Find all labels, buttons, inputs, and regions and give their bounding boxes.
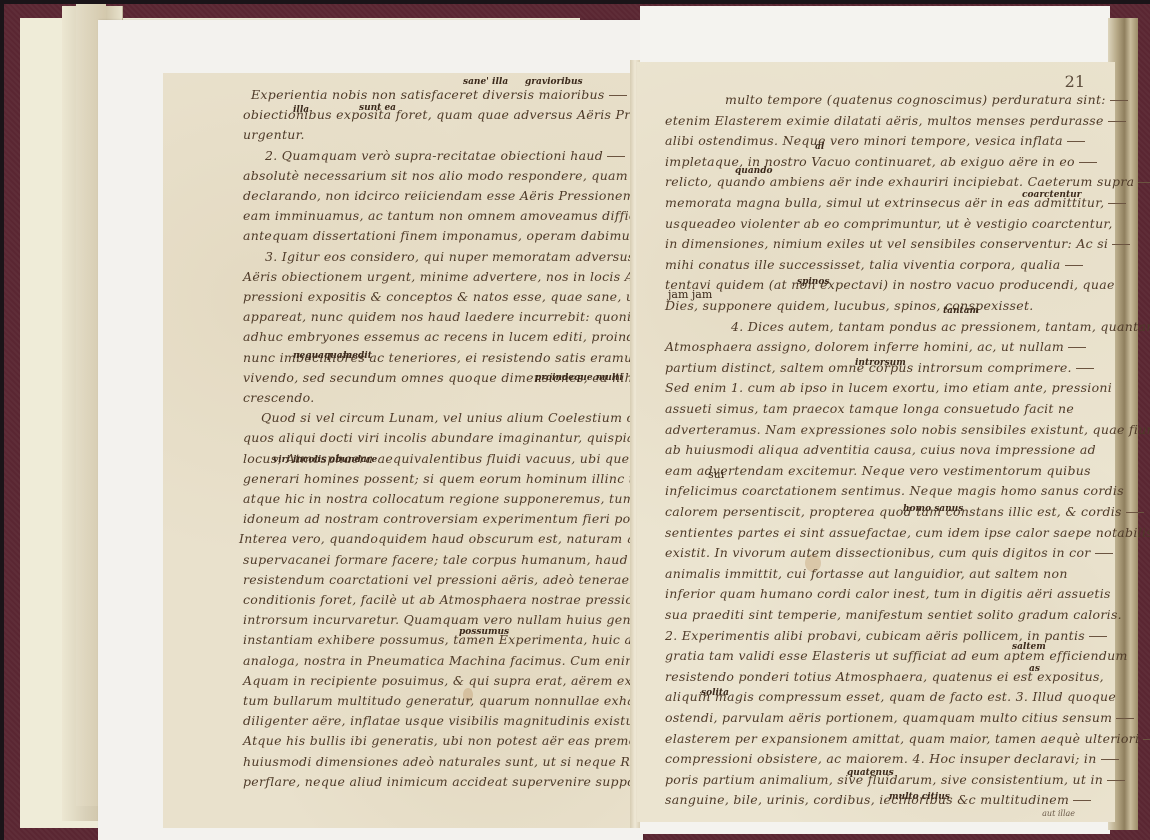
manuscript-line: analoga, nostra in Pneumatica Machina fa… — [243, 653, 691, 668]
manuscript-line: multo tempore (quatenus cognoscimus) per… — [725, 92, 1128, 107]
manuscript-line: inferior quam humano cordi calor inest, … — [665, 586, 1111, 601]
interlinear-note: as — [1029, 664, 1040, 674]
line-filler-dash — [1143, 739, 1150, 740]
line-filler-dash — [1108, 203, 1126, 204]
line-filler-dash — [609, 95, 627, 96]
interlinear-note: saltem — [1012, 642, 1046, 652]
manuscript-line: 2. Experimentis alibi probavi, cubicam a… — [665, 628, 1107, 643]
catchword: aut illae — [1042, 809, 1075, 818]
line-filler-dash — [1108, 121, 1126, 122]
margin-note: jam jam — [668, 288, 712, 301]
manuscript-line: infelicimus coarctationem sentimus. Nequ… — [665, 483, 1124, 498]
manuscript-line: diligenter aëre, inflatae usque visibili… — [243, 713, 674, 728]
manuscript-line: conditionis foret, facilè ut ab Atmospha… — [243, 592, 649, 607]
manuscript-line: perflare, neque aliud inimicum accideat … — [243, 774, 696, 789]
line-filler-dash — [1076, 368, 1094, 369]
line-filler-dash — [1089, 636, 1107, 637]
interlinear-note: homo sanus — [903, 504, 963, 514]
manuscript-line: sentientes partes ei sint assuefactae, c… — [665, 525, 1150, 540]
manuscript-line: Sed enim 1. cum ab ipso in lucem exortu,… — [665, 380, 1112, 395]
manuscript-line: 2. Quamquam verò supra-recitatae obiecti… — [265, 148, 625, 163]
interlinear-note: viri incolis abundare — [273, 455, 377, 465]
manuscript-line: tum bullarum multitudo generatur, quarum… — [243, 693, 685, 708]
manuscript-line: Atque his bullis ibi generatis, ubi non … — [243, 733, 677, 748]
manuscript-line: crescendo. — [243, 390, 315, 405]
interlinear-note: tantam — [943, 306, 979, 316]
manuscript-line: sua praediti sint temperie, manifestum s… — [665, 607, 1122, 622]
line-filler-dash — [1073, 800, 1091, 801]
line-filler-dash — [607, 156, 625, 157]
manuscript-line: mihi conatus ille successisset, talia vi… — [665, 257, 1083, 272]
manuscript-line: impletaque, in nostro Vacuo continuaret,… — [665, 154, 1097, 169]
manuscript-line: relicto, quando ambiens aër inde exhauri… — [665, 174, 1150, 189]
folio-number: 21 — [1065, 72, 1085, 91]
manuscript-line: introrsum incurvaretur. Quamquam vero nu… — [243, 612, 678, 627]
manuscript-line: tentavi quidem (at non expectavi) in nos… — [665, 277, 1115, 292]
manuscript-line: ostendi, parvulam aëris portionem, quamq… — [665, 710, 1134, 725]
line-filler-dash — [1107, 780, 1125, 781]
manuscript-line: existit. In vivorum autem dissectionibus… — [665, 545, 1113, 560]
interlinear-note: al — [815, 142, 824, 152]
line-filler-dash — [1067, 141, 1085, 142]
line-filler-dash — [1065, 265, 1083, 266]
manuscript-line: eam advertendam excitemur. Neque vero ve… — [665, 463, 1091, 478]
manuscript-page-right: 21 multo tempore (quatenus cognoscimus) … — [637, 62, 1115, 822]
manuscript-line: antequam dissertationi finem imponamus, … — [243, 228, 641, 243]
line-filler-dash — [1095, 553, 1113, 554]
line-filler-dash — [1116, 718, 1134, 719]
manuscript-line: gratia tam validi esse Elasteris ut suff… — [665, 648, 1128, 663]
manuscript-line: ab huiusmodi aliqua adventitia causa, cu… — [665, 442, 1096, 457]
manuscript-line: 4. Dices autem, tantam pondus ac pressio… — [731, 319, 1150, 334]
interlinear-note: possumus — [459, 627, 509, 637]
interlinear-note: solita — [701, 688, 729, 698]
manuscript-line: in dimensiones, nimium exiles ut vel sen… — [665, 236, 1130, 251]
manuscript-line: assueti simus, tam praecox tamque longa … — [665, 401, 1074, 416]
manuscript-line: poris partium animalium, sive fluidarum,… — [665, 772, 1125, 787]
line-filler-dash — [1126, 512, 1144, 513]
interlinear-note: sane' illa — [463, 77, 508, 87]
interlinear-note: proindeque multi — [535, 373, 623, 383]
interlinear-note: multo citius — [889, 792, 950, 802]
interlinear-note: laedit — [343, 351, 372, 361]
manuscript-line: urgentur. — [243, 127, 305, 142]
interlinear-note: quatenus — [847, 768, 894, 778]
manuscript-line: idoneum ad nostram controversiam experim… — [243, 511, 683, 526]
manuscript-line: elasterem per expansionem amittat, quam … — [665, 731, 1150, 746]
line-filler-dash — [1110, 100, 1128, 101]
manuscript-line: aliquin magis compressum esset, quam de … — [665, 689, 1116, 704]
line-filler-dash — [1112, 244, 1130, 245]
manuscript-line: Experientia nobis non satisfaceret diver… — [251, 87, 627, 102]
line-filler-dash — [1068, 347, 1086, 348]
manuscript-line: alibi ostendimus. Neque vero minori temp… — [665, 133, 1085, 148]
line-filler-dash — [1101, 759, 1119, 760]
interlinear-note: illa — [293, 105, 309, 115]
manuscript-line: etenim Elasterem eximie dilatati aëris, … — [665, 113, 1126, 128]
interlinear-note: quando — [735, 166, 773, 176]
interlinear-note: coarctentur — [1022, 190, 1081, 200]
manuscript-page-left: Experientia nobis non satisfaceret diver… — [163, 73, 634, 828]
margin-note: sui — [708, 468, 724, 481]
manuscript-line: compressioni obsistere, ac maiorem. 4. H… — [665, 751, 1119, 766]
manuscript-line: Atmosphaera assigno, dolorem inferre hom… — [665, 339, 1086, 354]
interlinear-note: sunt ea — [359, 103, 396, 113]
interlinear-note: spinos — [797, 277, 829, 287]
line-filler-dash — [1138, 182, 1150, 183]
manuscript-line: usqueadeo violenter ab eo comprimuntur, … — [665, 216, 1113, 231]
line-filler-dash — [1079, 162, 1097, 163]
interlinear-note: introrsum — [855, 358, 906, 368]
manuscript-line: sanguine, bile, urinis, cordibus, iecino… — [665, 792, 1091, 807]
interlinear-note: gravioribus — [525, 77, 583, 87]
manuscript-line: animalis immittit, cui fortasse aut lang… — [665, 566, 1068, 581]
manuscript-line: adverteramus. Nam expressiones solo nobi… — [665, 422, 1150, 437]
